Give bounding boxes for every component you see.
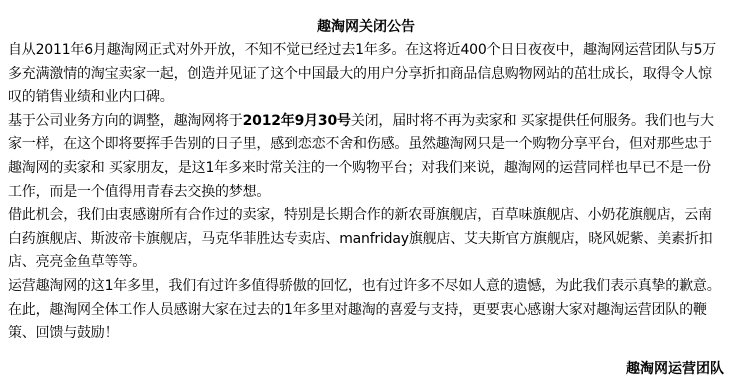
closure-text-before: 基于公司业务方向的调整，趣淘网将于 (8, 113, 243, 129)
announcement: 趣淘网关闭公告 自从2011年6月趣淘网正式对外开放，不知不觉已经过去1年多。在… (8, 18, 724, 378)
closure-date: 2012年9月30号 (243, 113, 351, 129)
paragraph-thanks-sellers: 借此机会，我们由衷感谢所有合作过的卖家，特别是长期合作的新农哥旗舰店，百草味旗舰… (8, 204, 724, 275)
announcement-title: 趣淘网关闭公告 (8, 18, 724, 36)
paragraph-closure: 基于公司业务方向的调整，趣淘网将于2012年9月30号关闭，届时将不再为卖家和 … (8, 110, 724, 204)
signature: 趣淘网运营团队 (8, 360, 724, 378)
paragraph-gratitude: 运营趣淘网的这1年多里，我们有过许多值得骄傲的回忆，也有过许多不尽如人意的遗憾，… (8, 275, 724, 346)
paragraph-launch: 自从2011年6月趣淘网正式对外开放，不知不觉已经过去1年多。在这将近400个日… (8, 39, 724, 110)
